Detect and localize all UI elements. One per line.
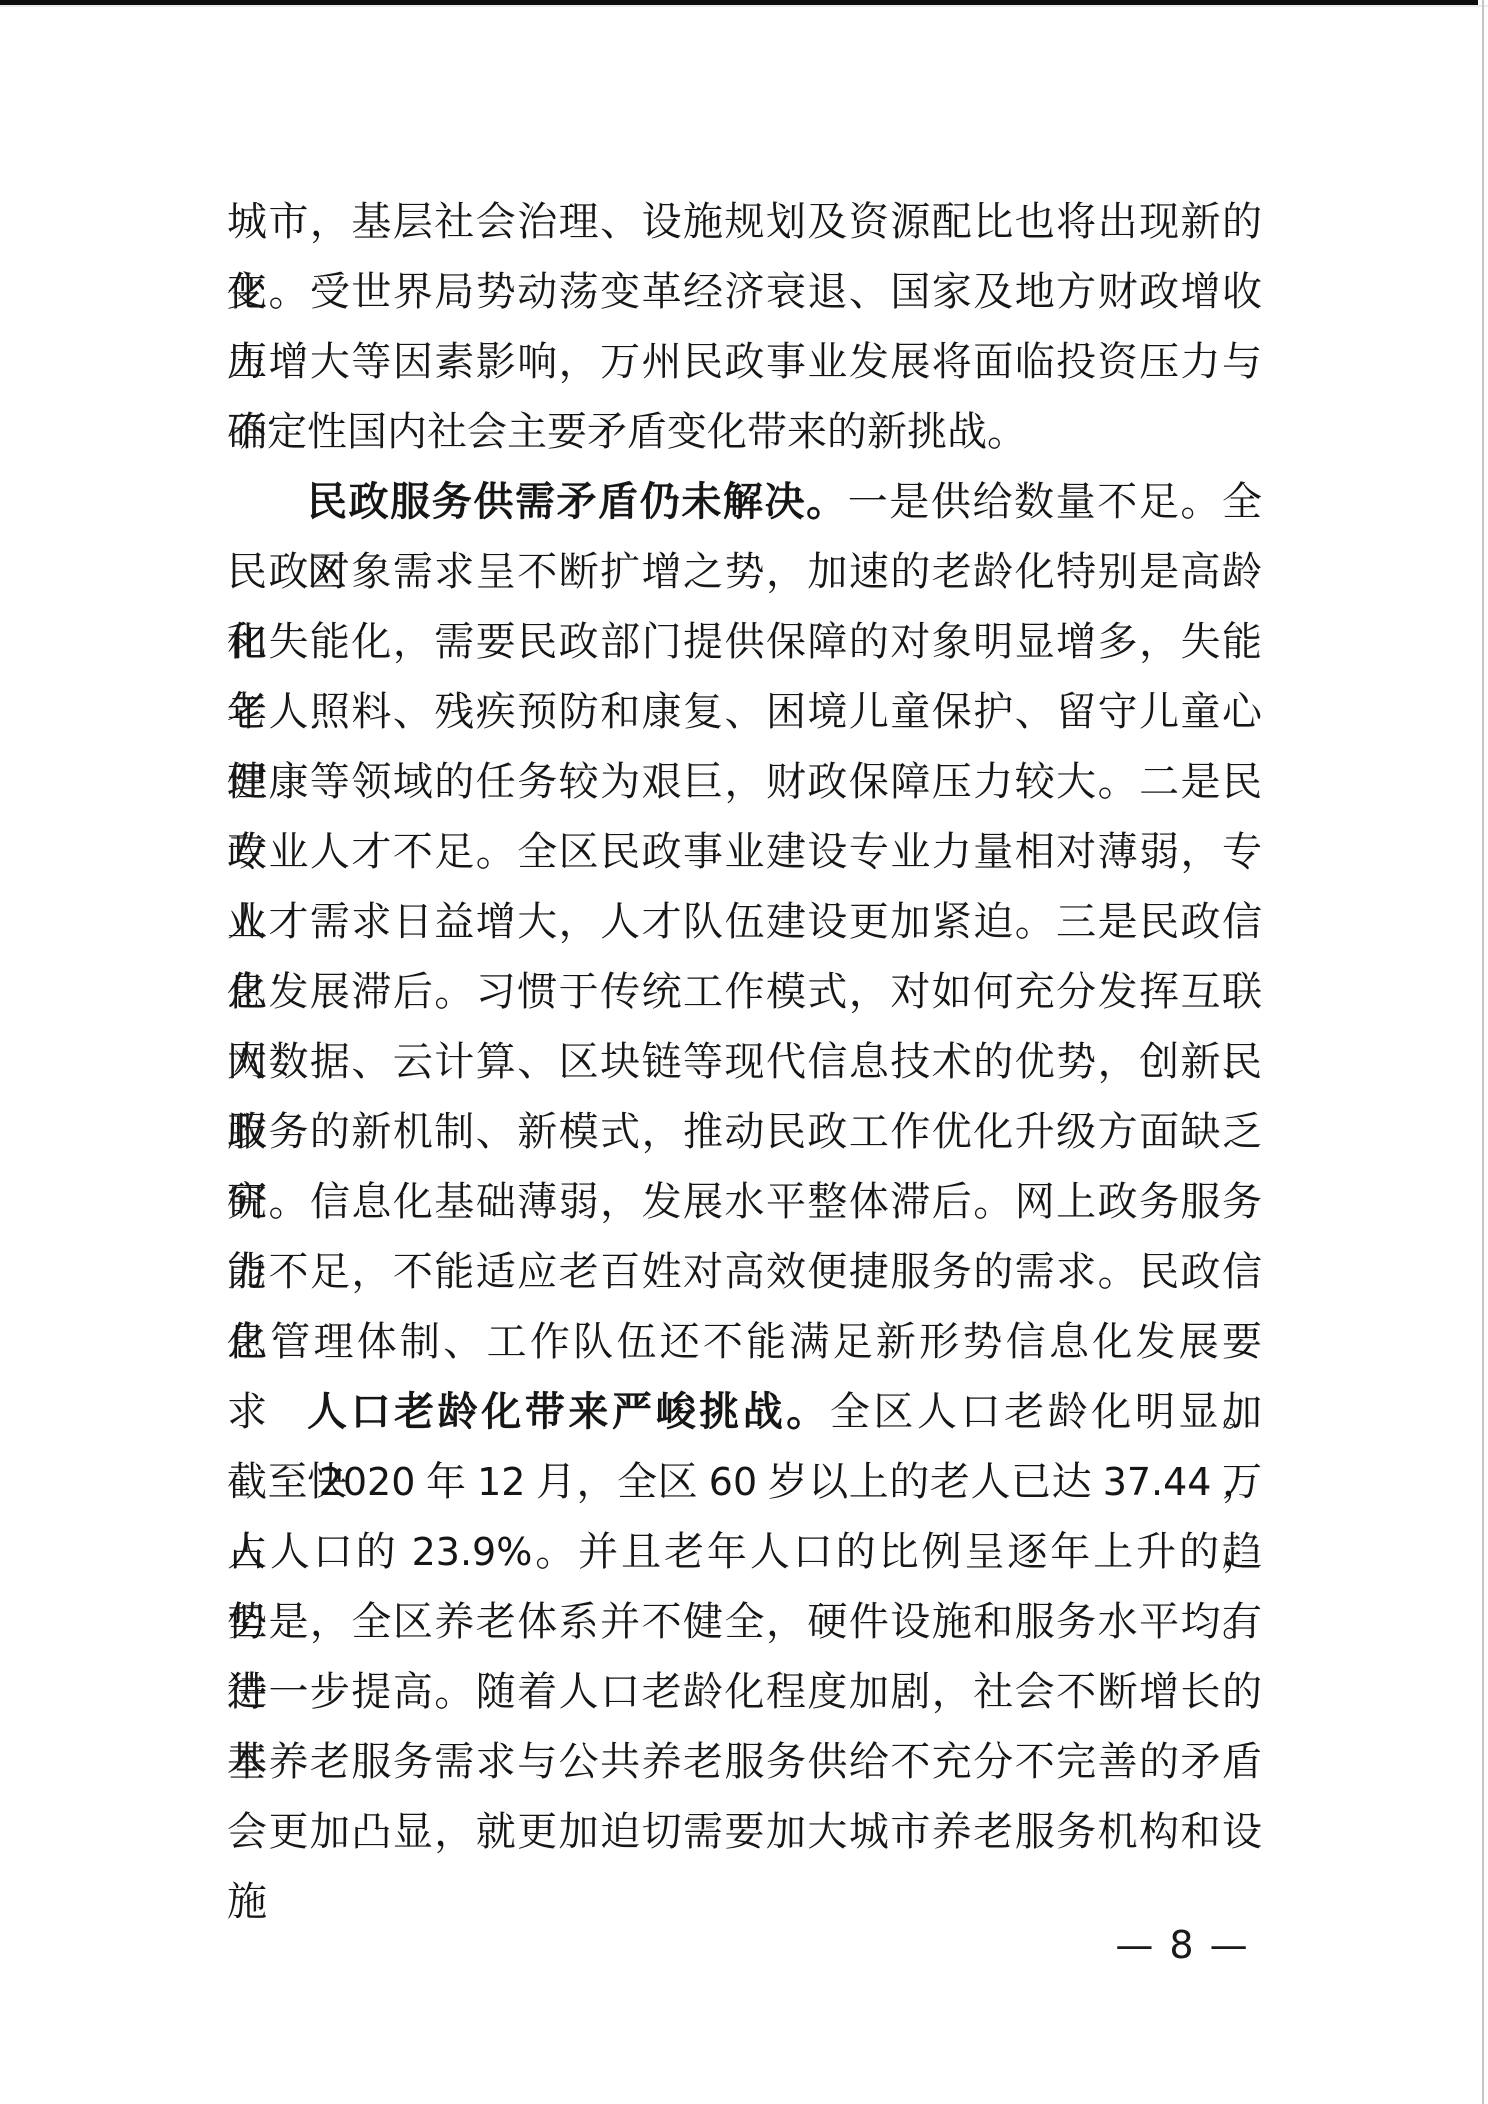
text-line: 占人口的 23.9%。并且老年人口的比例呈逐年上升的趋势。 [227,1517,1262,1587]
text-line: 人才需求日益增大，人才队伍建设更加紧迫。三是民政信息 [227,887,1262,957]
paragraph-lead-bold: 民政服务供需矛盾仍未解决。 [307,480,848,524]
text-line: 服务的新机制、新模式，推动民政工作优化升级方面缺乏研 [227,1097,1262,1167]
text-run: 确定性国内社会主要矛盾变化带来的新挑战。 [227,409,1027,454]
text-line: 化。受世界局势动荡变革经济衰退、国家及地方财政增收压 [227,257,1262,327]
text-line: 确定性国内社会主要矛盾变化带来的新挑战。 [227,397,1262,467]
numeral-run: 23.9% [412,1530,533,1574]
text-line: 专业人才不足。全区民政事业建设专业力量相对薄弱，专业 [227,817,1262,887]
text-line: 力增大等因素影响，万州民政事业发展将面临投资压力与不 [227,327,1262,397]
text-line: 截至 2020 年 12 月，全区 60 岁以上的老人已达 37.44 万人， [227,1447,1262,1517]
text-line: 化发展滞后。习惯于传统工作模式，对如何充分发挥互联网、 [227,957,1262,1027]
text-run: 年 [415,1459,477,1504]
text-line: 力不足，不能适应老百姓对高效便捷服务的需求。民政信息 [227,1237,1262,1307]
text-line: 究。信息化基础薄弱，发展水平整体滞后。网上政务服务能 [227,1167,1262,1237]
text-line: 年人照料、残疾预防和康复、困境儿童保护、留守儿童心理 [227,677,1262,747]
page-number: — 8 — [1100,1910,1265,1980]
text-line: 和失能化，需要民政部门提供保障的对象明显增多，失能老 [227,607,1262,677]
text-line: 健康等领域的任务较为艰巨，财政保障压力较大。二是民政 [227,747,1262,817]
scan-top-shadow [0,5,1488,7]
numeral-run: 60 [709,1460,757,1504]
text-run: 截至 [227,1459,319,1504]
paragraph-lead-bold: 人口老龄化带来严峻挑战。 [307,1390,830,1434]
numeral-run: 12 [477,1460,525,1504]
text-line: 民政服务供需矛盾仍未解决。一是供给数量不足。全区 [227,467,1262,537]
numeral-run: 2020 [319,1460,416,1504]
text-body: 城市，基层社会治理、设施规划及资源配比也将出现新的变化。受世界局势动荡变革经济衰… [227,187,1262,1867]
text-run: 占人口的 [227,1529,412,1574]
text-line: 化管理体制、工作队伍还不能满足新形势信息化发展要求。 [227,1307,1262,1377]
document-page: 城市，基层社会治理、设施规划及资源配比也将出现新的变化。受世界局势动荡变革经济衰… [0,0,1488,2104]
text-line: 但是，全区养老体系并不健全，硬件设施和服务水平均有待 [227,1587,1262,1657]
text-line: 大数据、云计算、区块链等现代信息技术的优势，创新民政 [227,1027,1262,1097]
text-line: 本养老服务需求与公共养老服务供给不充分不完善的矛盾 [227,1727,1262,1797]
text-line: 进一步提高。随着人口老龄化程度加剧，社会不断增长的基 [227,1657,1262,1727]
scan-right-edge [1482,0,1484,2104]
text-line: 人口老龄化带来严峻挑战。全区人口老龄化明显加快， [227,1377,1262,1447]
text-run: 月，全区 [525,1459,708,1504]
text-run: 本养老服务需求与公共养老服务供给不充分不完善的矛盾 [227,1739,1262,1784]
text-run: 会更加凸显，就更加迫切需要加大城市养老服务机构和设施 [227,1809,1262,1924]
text-line: 民政对象需求呈不断扩增之势，加速的老龄化特别是高龄化 [227,537,1262,607]
text-run: 岁以上的老人已达 [757,1459,1103,1504]
numeral-run: 37.44 [1103,1460,1212,1504]
text-line: 城市，基层社会治理、设施规划及资源配比也将出现新的变 [227,187,1262,257]
text-line: 会更加凸显，就更加迫切需要加大城市养老服务机构和设施 [227,1797,1262,1867]
